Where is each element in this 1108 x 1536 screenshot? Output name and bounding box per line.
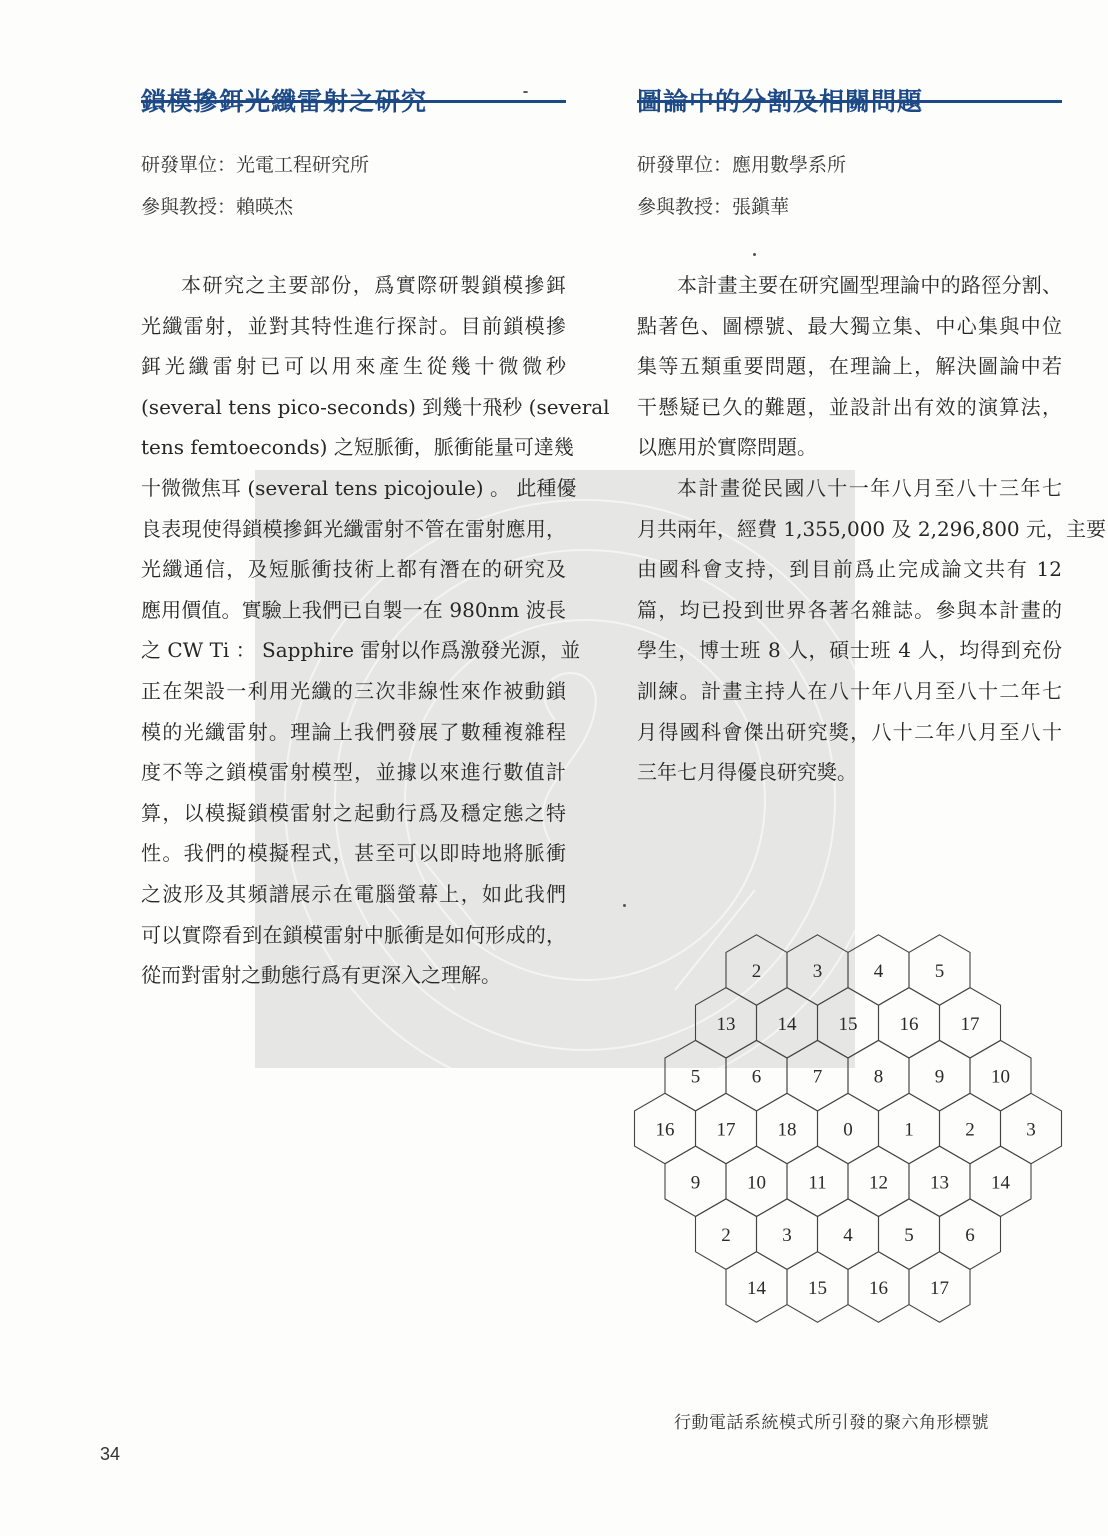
hex-label: 16 <box>656 1119 675 1140</box>
hex-label: 1 <box>904 1119 914 1140</box>
hex-cell: 17 <box>909 1252 970 1323</box>
hex-label: 7 <box>813 1067 823 1088</box>
hex-cell: 17 <box>940 988 1001 1058</box>
figure-caption: 行動電話系統模式所引發的聚六角形標號 <box>674 1408 989 1433</box>
hex-cell: 10 <box>726 1146 787 1216</box>
hex-cell: 6 <box>726 1040 787 1111</box>
body-line: 本研究之主要部份，爲實際研製鎖模摻鉺 <box>141 265 566 306</box>
hex-label: 18 <box>778 1119 797 1140</box>
hex-label: 3 <box>813 961 823 982</box>
body-line: 集等五類重要問題，在理論上，解決圖論中若 <box>637 346 1062 387</box>
scan-speck <box>753 253 756 256</box>
hex-cell: 4 <box>818 1199 879 1270</box>
body-line: 月得國科會傑出研究獎，八十二年八月至八十 <box>637 712 1062 753</box>
hex-cell: 12 <box>848 1146 909 1216</box>
hex-cell: 5 <box>879 1199 940 1270</box>
hex-label: 3 <box>1026 1119 1036 1140</box>
hex-label: 5 <box>691 1067 701 1088</box>
hex-label: 6 <box>965 1225 975 1246</box>
hex-label: 17 <box>961 1014 980 1035</box>
hex-cell: 3 <box>757 1199 818 1270</box>
hex-label: 5 <box>904 1225 914 1246</box>
hex-label: 14 <box>778 1014 798 1035</box>
body-line: 算，以模擬鎖模雷射之起動行爲及穩定態之特 <box>141 793 566 834</box>
body-line: 光纖通信，及短脈衝技術上都有潛在的研究及 <box>141 549 566 590</box>
hex-label: 17 <box>717 1119 736 1140</box>
hex-cell: 3 <box>1001 1093 1062 1163</box>
body-line: 性。我們的模擬程式，甚至可以即時地將脈衝 <box>141 833 566 874</box>
hexagon-labeling-figure: 2345131415161756789101617180123910111213… <box>620 925 1070 1325</box>
hex-cell: 14 <box>757 988 818 1058</box>
hex-cell: 13 <box>909 1146 970 1216</box>
hex-label: 13 <box>717 1014 736 1035</box>
hex-cell: 14 <box>970 1146 1031 1216</box>
body-line: 從而對雷射之動態行爲有更深入之理解。 <box>141 955 566 996</box>
hex-label: 16 <box>869 1278 888 1299</box>
hex-cell: 9 <box>909 1040 970 1111</box>
hex-cell: 15 <box>818 988 879 1058</box>
hex-label: 15 <box>839 1014 858 1035</box>
body-line: 正在架設一利用光纖的三次非線性來作被動鎖 <box>141 671 566 712</box>
hex-label: 8 <box>874 1067 884 1088</box>
body-line: tens femtoeconds) 之短脈衝，脈衝能量可達幾 <box>141 427 566 468</box>
hex-cell: 0 <box>818 1093 879 1163</box>
right-research-unit: 研發單位：應用數學系所 <box>637 153 846 177</box>
body-line: 之波形及其頻譜展示在電腦螢幕上，如此我們 <box>141 874 566 915</box>
hex-label: 0 <box>843 1119 853 1140</box>
hex-label: 5 <box>935 961 945 982</box>
body-line: 三年七月得優良研究獎。 <box>637 752 1062 793</box>
body-line: 模的光纖雷射。理論上我們發展了數種複雜程 <box>141 712 566 753</box>
hex-cell: 9 <box>665 1146 726 1216</box>
scan-speck <box>623 904 626 907</box>
body-line: 本計畫從民國八十一年八月至八十三年七 <box>637 468 1062 509</box>
left-article-body: 本研究之主要部份，爲實際研製鎖模摻鉺光纖雷射，並對其特性進行探討。目前鎖模摻鉺光… <box>141 265 566 996</box>
left-title-underline <box>141 100 566 103</box>
hex-label: 10 <box>991 1067 1010 1088</box>
hex-cell: 5 <box>665 1040 726 1111</box>
hex-label: 10 <box>747 1172 766 1193</box>
body-line: 由國科會支持，到目前爲止完成論文共有 12 <box>637 549 1062 590</box>
hex-label: 4 <box>843 1225 853 1246</box>
hex-label: 11 <box>808 1172 826 1193</box>
hex-cell: 10 <box>970 1040 1031 1111</box>
body-line: 點著色、圖標號、最大獨立集、中心集與中位 <box>637 306 1062 347</box>
body-line: 之 CW Ti ： Sapphire 雷射以作爲激發光源，並 <box>141 630 566 671</box>
body-line: 鉺光纖雷射已可以用來產生從幾十微微秒 <box>141 346 566 387</box>
hex-label: 2 <box>965 1119 975 1140</box>
hex-label: 16 <box>900 1014 919 1035</box>
hex-cell: 7 <box>787 1040 848 1111</box>
hex-label: 17 <box>930 1278 949 1299</box>
body-line: 可以實際看到在鎖模雷射中脈衝是如何形成的， <box>141 915 566 956</box>
hex-cell: 18 <box>757 1093 818 1163</box>
hex-cell: 3 <box>787 935 848 1005</box>
hex-cell: 16 <box>848 1252 909 1323</box>
hex-label: 6 <box>752 1067 762 1088</box>
hex-label: 9 <box>691 1172 701 1193</box>
hex-cell: 1 <box>879 1093 940 1163</box>
page-number: 34 <box>100 1444 120 1465</box>
body-line: 應用價值。實驗上我們已自製一在 980nm 波長 <box>141 590 566 631</box>
hex-cell: 6 <box>940 1199 1001 1270</box>
hex-label: 13 <box>930 1172 949 1193</box>
hex-label: 4 <box>874 961 884 982</box>
hex-cell: 11 <box>787 1146 848 1216</box>
right-professor: 參與教授：張鎭華 <box>637 195 789 219</box>
body-line: 十微微焦耳 (several tens picojoule) 。 此種優 <box>141 468 566 509</box>
body-line: 度不等之鎖模雷射模型，並據以來進行數值計 <box>141 752 566 793</box>
body-line: 光纖雷射，並對其特性進行探討。目前鎖模摻 <box>141 306 566 347</box>
body-line: 學生，博士班 8 人，碩士班 4 人，均得到充份 <box>637 630 1062 671</box>
hex-label: 12 <box>869 1172 888 1193</box>
hex-label: 2 <box>721 1225 731 1246</box>
hex-cell: 13 <box>696 988 757 1058</box>
hex-cell: 14 <box>726 1252 787 1323</box>
hex-label: 15 <box>808 1278 827 1299</box>
hex-label: 9 <box>935 1067 945 1088</box>
hex-label: 14 <box>747 1278 767 1299</box>
hex-cell: 17 <box>696 1093 757 1163</box>
hex-cell: 8 <box>848 1040 909 1111</box>
body-line: (several tens pico-seconds) 到幾十飛秒 (sever… <box>141 387 566 428</box>
hex-cell: 16 <box>879 988 940 1058</box>
hex-cell: 2 <box>940 1093 1001 1163</box>
hex-cell: 4 <box>848 935 909 1005</box>
hex-cell: 2 <box>696 1199 757 1270</box>
left-research-unit: 研發單位：光電工程研究所 <box>141 153 369 177</box>
body-line: 干懸疑已久的難題，並設計出有效的演算法， <box>637 387 1062 428</box>
hex-cell: 15 <box>787 1252 848 1323</box>
body-line: 良表現使得鎖模摻鉺光纖雷射不管在雷射應用， <box>141 509 566 550</box>
body-line: 本計畫主要在研究圖型理論中的路徑分割、 <box>637 265 1062 306</box>
body-line: 訓練。計畫主持人在八十年八月至八十二年七 <box>637 671 1062 712</box>
hex-label: 2 <box>752 961 762 982</box>
scan-speck <box>523 91 528 93</box>
body-line: 篇，均已投到世界各著名雜誌。參與本計畫的 <box>637 590 1062 631</box>
hex-cell: 2 <box>726 935 787 1005</box>
right-article-body: 本計畫主要在研究圖型理論中的路徑分割、點著色、圖標號、最大獨立集、中心集與中位集… <box>637 265 1062 793</box>
hex-cell: 5 <box>909 935 970 1005</box>
body-line: 以應用於實際問題。 <box>637 427 1062 468</box>
hex-label: 14 <box>991 1172 1011 1193</box>
left-professor: 參與教授：賴暎杰 <box>141 195 293 219</box>
hex-label: 3 <box>782 1225 792 1246</box>
hex-cell: 16 <box>635 1093 696 1163</box>
body-line: 月共兩年，經費 1,355,000 及 2,296,800 元，主要 <box>637 509 1062 550</box>
right-title-underline <box>637 100 1062 103</box>
